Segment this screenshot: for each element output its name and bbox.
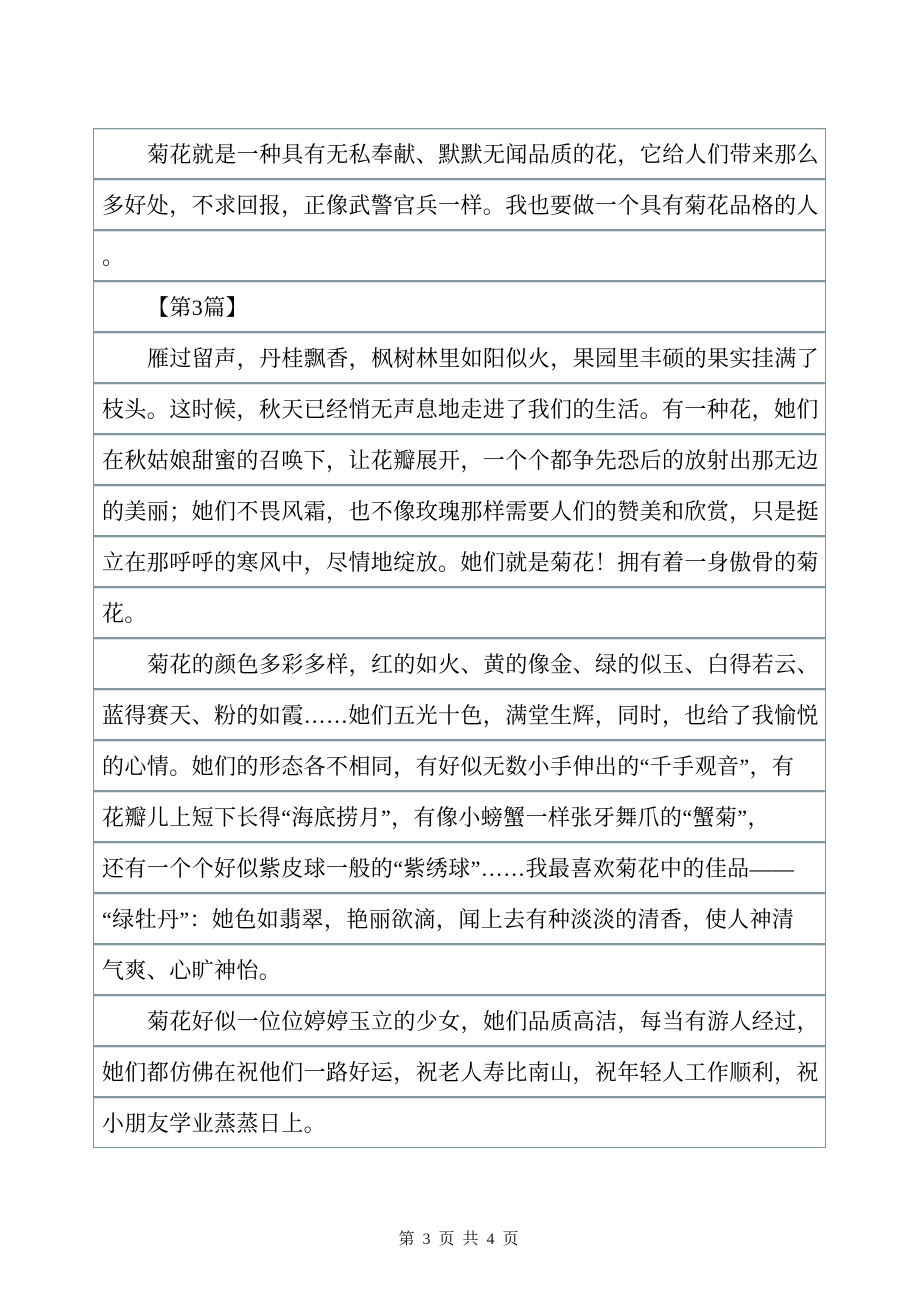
text-row: 小朋友学业蒸蒸日上。 (93, 1097, 826, 1148)
text-row: 菊花好似一位位婷婷玉立的少女，她们品质高洁，每当有游人经过， (93, 995, 826, 1046)
text-row: 菊花就是一种具有无私奉献、默默无闻品质的花，它给人们带来那么 (93, 128, 826, 179)
page-footer: 第 3 页 共 4 页 (93, 1226, 826, 1249)
text-row: 还有一个个好似紫皮球一般的“紫绣球”……我最喜欢菊花中的佳品—— (93, 842, 826, 893)
document-page: 菊花就是一种具有无私奉献、默默无闻品质的花，它给人们带来那么多好处，不求回报，正… (0, 0, 920, 1302)
text-row: 的心情。她们的形态各不相同，有好似无数小手伸出的“千手观音”，有 (93, 740, 826, 791)
text-row: 多好处，不求回报，正像武警官兵一样。我也要做一个具有菊花品格的人 (93, 179, 826, 230)
text-row: 枝头。这时候，秋天已经悄无声息地走进了我们的生活。有一种花，她们 (93, 383, 826, 434)
text-row: 菊花的颜色多彩多样，红的如火、黄的像金、绿的似玉、白得若云、 (93, 638, 826, 689)
text-row: 她们都仿佛在祝他们一路好运，祝老人寿比南山，祝年轻人工作顺利，祝 (93, 1046, 826, 1097)
text-row: 气爽、心旷神怡。 (93, 944, 826, 995)
text-row: 蓝得赛天、粉的如霞……她们五光十色，满堂生辉，同时，也给了我愉悦 (93, 689, 826, 740)
text-row: 花瓣儿上短下长得“海底捞月”，有像小螃蟹一样张牙舞爪的“蟹菊”， (93, 791, 826, 842)
text-row: “绿牡丹”：她色如翡翠，艳丽欲滴，闻上去有种淡淡的清香，使人神清 (93, 893, 826, 944)
text-row: 立在那呼呼的寒风中，尽情地绽放。她们就是菊花！拥有着一身傲骨的菊 (93, 536, 826, 587)
text-row: 的美丽；她们不畏风霜，也不像玫瑰那样需要人们的赞美和欣赏，只是挺 (93, 485, 826, 536)
text-row: 在秋姑娘甜蜜的召唤下，让花瓣展开，一个个都争先恐后的放射出那无边 (93, 434, 826, 485)
document-body: 菊花就是一种具有无私奉献、默默无闻品质的花，它给人们带来那么多好处，不求回报，正… (93, 128, 826, 1148)
text-row: 【第3篇】 (93, 281, 826, 332)
text-row: 。 (93, 230, 826, 281)
text-row: 雁过留声，丹桂飘香，枫树林里如阳似火，果园里丰硕的果实挂满了 (93, 332, 826, 383)
page-number-text: 第 3 页 共 4 页 (398, 1231, 520, 1248)
text-row: 花。 (93, 587, 826, 638)
